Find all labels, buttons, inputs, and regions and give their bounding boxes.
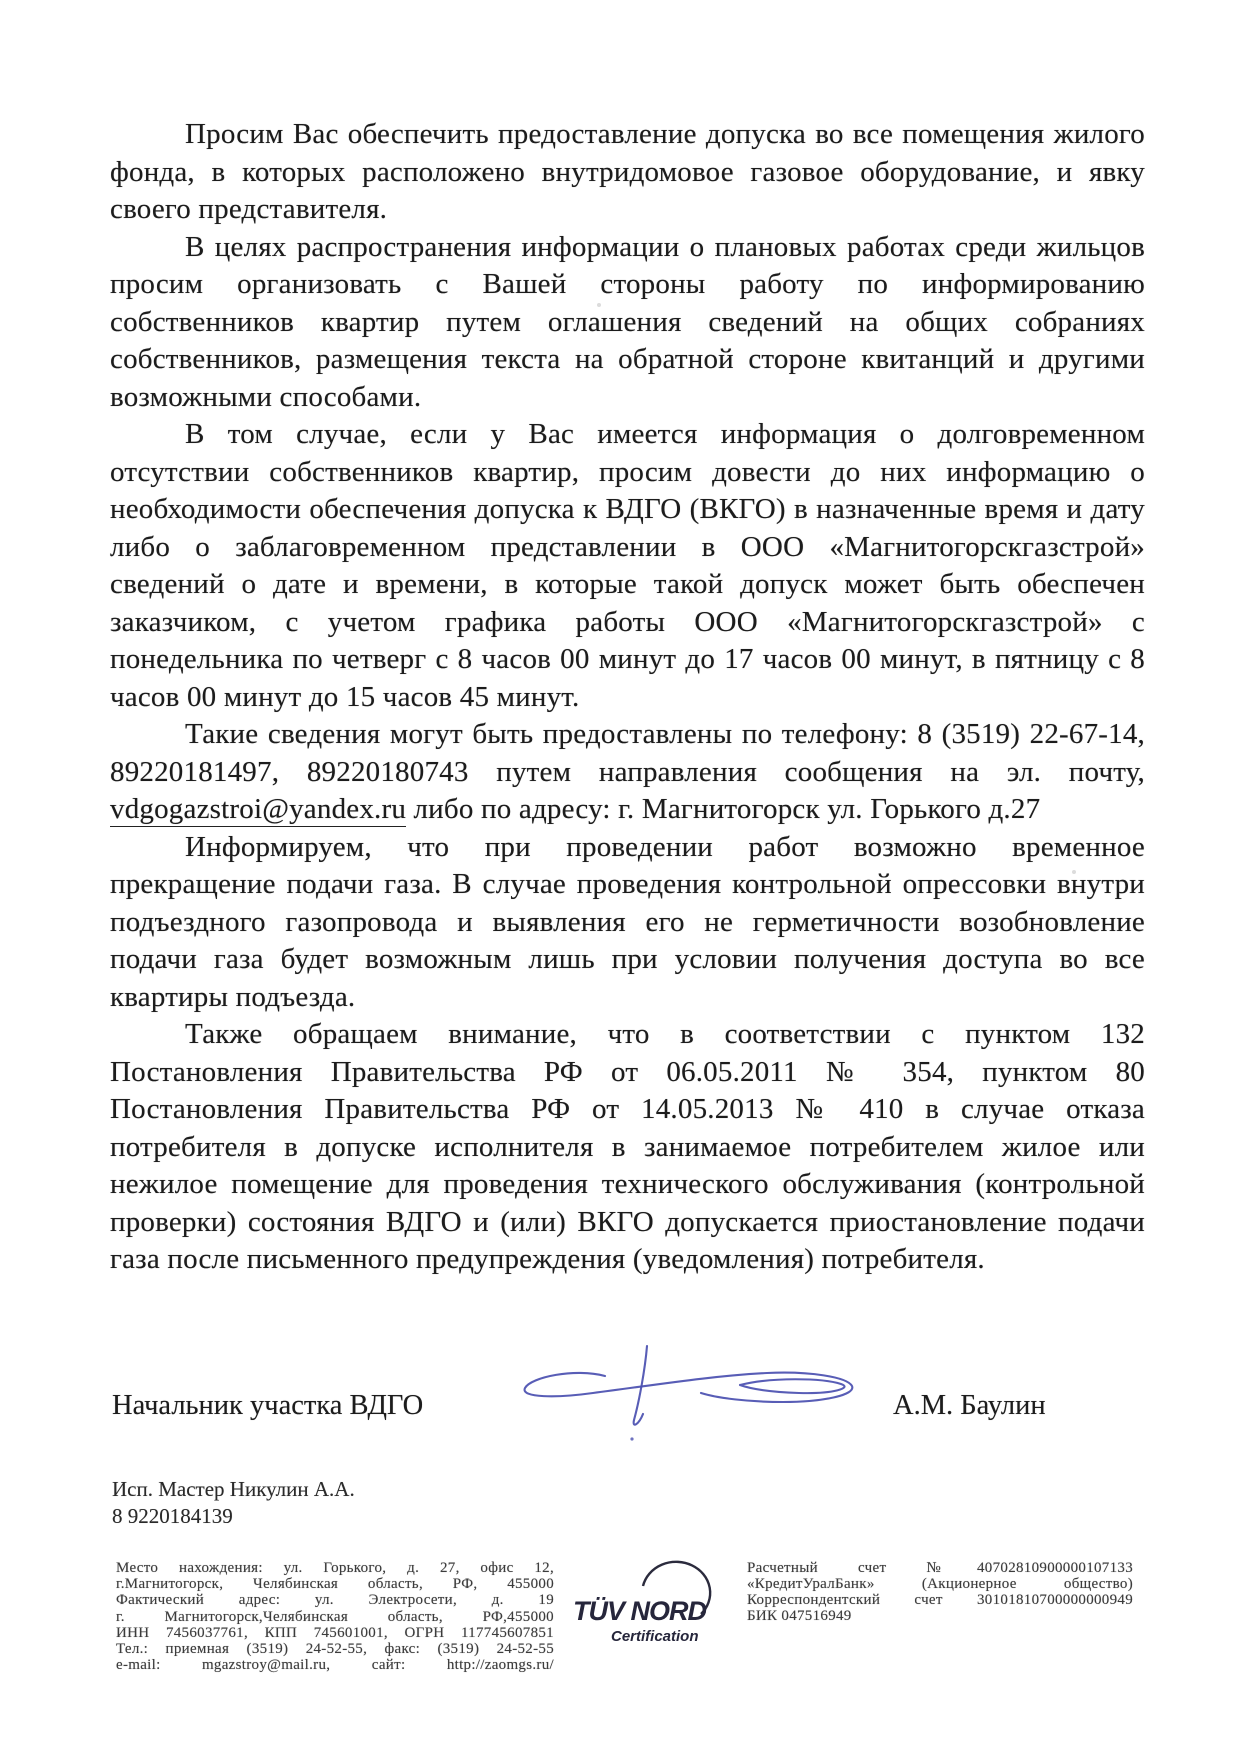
company-details-line: г.Магнитогорск, Челябинская область, РФ,… <box>116 1576 554 1592</box>
signature-ink <box>505 1340 865 1445</box>
scan-speck <box>1072 870 1076 874</box>
company-details-line: Фактический адрес: ул. Электросети, д. 1… <box>116 1592 554 1608</box>
paragraph-text: В том случае, если у Вас имеется информа… <box>110 418 1145 713</box>
signatory-name: А.М. Баулин <box>893 1390 1046 1422</box>
company-details-line: Тел.: приемная (3519) 24-52-55, факс: (3… <box>116 1641 554 1657</box>
company-details-line: e-mail: mgazstroy@mail.ru, сайт: http://… <box>116 1657 554 1673</box>
letter-paragraph: Также обращаем внимание, что в соответст… <box>110 1016 1145 1279</box>
paragraph-text: Такие сведения могут быть предоставлены … <box>110 718 1145 788</box>
paragraph-text: Информируем, что при проведении работ во… <box>110 831 1145 1013</box>
paragraph-text: В целях распространения информации о пла… <box>110 231 1145 413</box>
letter-paragraph: В том случае, если у Вас имеется информа… <box>110 416 1145 716</box>
scanned-letter-page: Просим Вас обеспечить предоставление доп… <box>0 0 1240 1754</box>
bank-details-line: БИК 047516949 <box>747 1608 1133 1624</box>
bank-details-line: Корреспондентский счет 30101810700000000… <box>747 1592 1133 1608</box>
scan-speck <box>597 303 601 307</box>
company-details-block: Место нахождения: ул. Горького, д. 27, о… <box>116 1560 554 1673</box>
letter-paragraph: В целях распространения информации о пла… <box>110 229 1145 417</box>
letter-body: Просим Вас обеспечить предоставление доп… <box>110 116 1145 1279</box>
company-details-line: ИНН 7456037761, КПП 745601001, ОГРН 1177… <box>116 1625 554 1641</box>
paragraph-text: Также обращаем внимание, что в соответст… <box>110 1018 1145 1275</box>
bank-details-line: «КредитУралБанк» (Акционерное общество) <box>747 1576 1133 1592</box>
executor-phone: 8 9220184139 <box>112 1503 355 1530</box>
email-text: vdgogazstroi@yandex.ru <box>110 793 406 827</box>
letter-paragraph: Просим Вас обеспечить предоставление доп… <box>110 116 1145 229</box>
tuv-nord-logo-subtitle: Certification <box>611 1628 699 1645</box>
signatory-role: Начальник участка ВДГО <box>112 1390 423 1422</box>
company-details-line: Место нахождения: ул. Горького, д. 27, о… <box>116 1560 554 1576</box>
tuv-nord-logo: TÜV NORD Certification <box>565 1550 740 1650</box>
executor-name: Исп. Мастер Никулин А.А. <box>112 1476 355 1503</box>
letter-paragraph: Такие сведения могут быть предоставлены … <box>110 716 1145 829</box>
executor-block: Исп. Мастер Никулин А.А. 8 9220184139 <box>112 1476 355 1530</box>
scan-speck <box>1076 1190 1080 1194</box>
tuv-nord-logo-title: TÜV NORD <box>573 1596 706 1627</box>
paragraph-text: Просим Вас обеспечить предоставление доп… <box>110 118 1145 225</box>
bank-details-block: Расчетный счет №40702810900000107133 «Кр… <box>747 1560 1133 1624</box>
bank-details-line: Расчетный счет №40702810900000107133 <box>747 1560 1133 1576</box>
paragraph-text: либо по адресу: г. Магнитогорск ул. Горь… <box>406 793 1040 825</box>
company-details-line: г. Магнитогорск,Челябинская область, РФ,… <box>116 1609 554 1625</box>
letter-paragraph: Информируем, что при проведении работ во… <box>110 829 1145 1017</box>
